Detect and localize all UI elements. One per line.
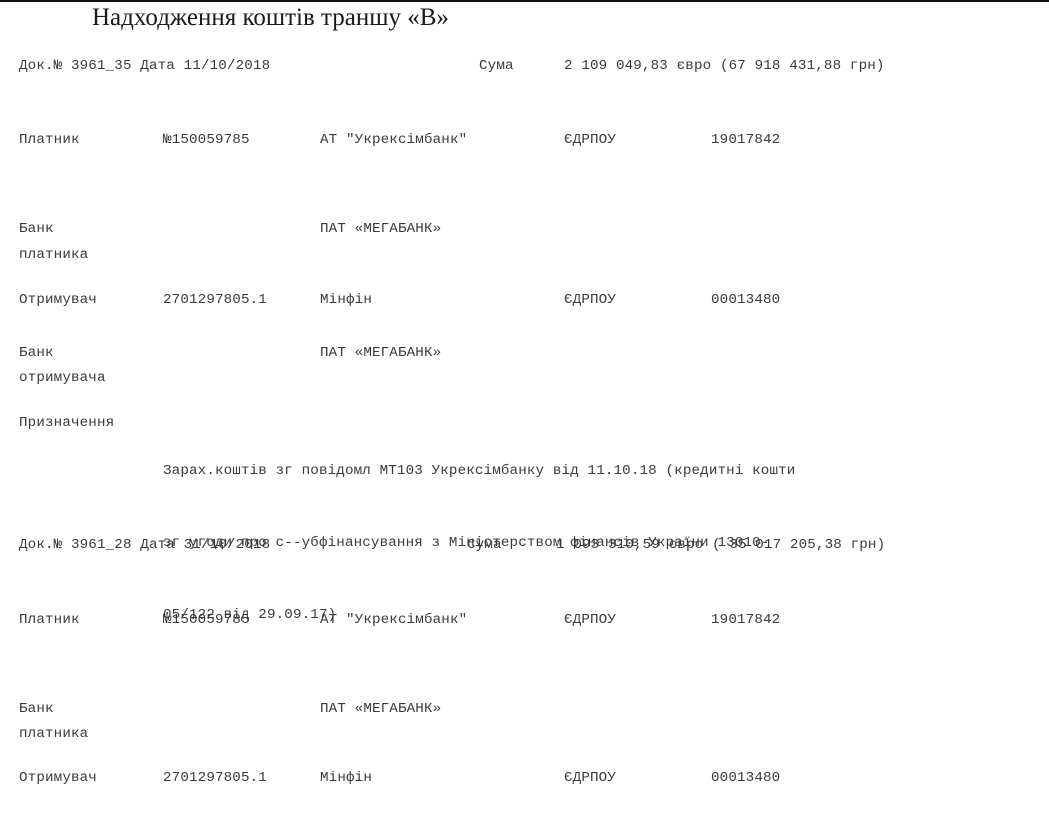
payer-label: Платник bbox=[19, 612, 80, 628]
recipient-edrpou: 00013480 bbox=[711, 770, 780, 786]
payer-edrpou-label: ЄДРПОУ bbox=[564, 132, 616, 148]
sum-value: 2 109 049,83 євро (67 918 431,88 грн) bbox=[564, 58, 885, 74]
payer-bank-label-cont: платника bbox=[19, 726, 88, 742]
recipient-label: Отримувач bbox=[19, 292, 97, 308]
recipient-bank-label-cont: отримувача bbox=[19, 370, 106, 386]
recipient-edrpou-label: ЄДРПОУ bbox=[564, 292, 616, 308]
recipient-name: Мінфін bbox=[320, 292, 372, 308]
top-border bbox=[0, 0, 1049, 2]
payer-edrpou: 19017842 bbox=[711, 612, 780, 628]
payer-bank: ПАТ «МЕГАБАНК» bbox=[320, 221, 441, 237]
recipient-edrpou: 00013480 bbox=[711, 292, 780, 308]
recipient-label: Отримувач bbox=[19, 770, 97, 786]
recipient-account: 2701297805.1 bbox=[163, 292, 267, 308]
purpose-line: Зарах.коштів зг повідомл МТ103 Укрексімб… bbox=[163, 459, 795, 483]
payer-account: №150059785 bbox=[163, 132, 250, 148]
recipient-bank: ПАТ «МЕГАБАНК» bbox=[320, 345, 441, 361]
payer-edrpou-label: ЄДРПОУ bbox=[564, 612, 616, 628]
page-title: Надходження коштів траншу «В» bbox=[92, 4, 449, 32]
payer-bank-label-cont: платника bbox=[19, 247, 88, 263]
purpose-line: 05/122 від 29.09.17) bbox=[163, 603, 795, 627]
recipient-account: 2701297805.1 bbox=[163, 770, 267, 786]
payer-name: АТ "Укрексімбанк" bbox=[320, 612, 467, 628]
payer-bank-label: Банк bbox=[19, 221, 54, 237]
payer-bank-label: Банк bbox=[19, 701, 54, 717]
payer-edrpou: 19017842 bbox=[711, 132, 780, 148]
sum-label: Сума bbox=[479, 58, 514, 74]
payer-name: АТ "Укрексімбанк" bbox=[320, 132, 467, 148]
recipient-bank-label: Банк bbox=[19, 345, 54, 361]
payer-bank: ПАТ «МЕГАБАНК» bbox=[320, 701, 441, 717]
payer-label: Платник bbox=[19, 132, 80, 148]
sum-value: 1 093 310,59 євро ( 35 017 205,38 грн) bbox=[556, 537, 885, 553]
payer-account: №150059785 bbox=[163, 612, 250, 628]
purpose-label: Призначення bbox=[19, 415, 114, 431]
sum-label: Сума bbox=[467, 537, 502, 553]
doc-number-date: Док.№ 3961_28 Дата 31/10/2018 bbox=[19, 537, 270, 553]
doc-number-date: Док.№ 3961_35 Дата 11/10/2018 bbox=[19, 58, 270, 74]
recipient-edrpou-label: ЄДРПОУ bbox=[564, 770, 616, 786]
recipient-name: Мінфін bbox=[320, 770, 372, 786]
